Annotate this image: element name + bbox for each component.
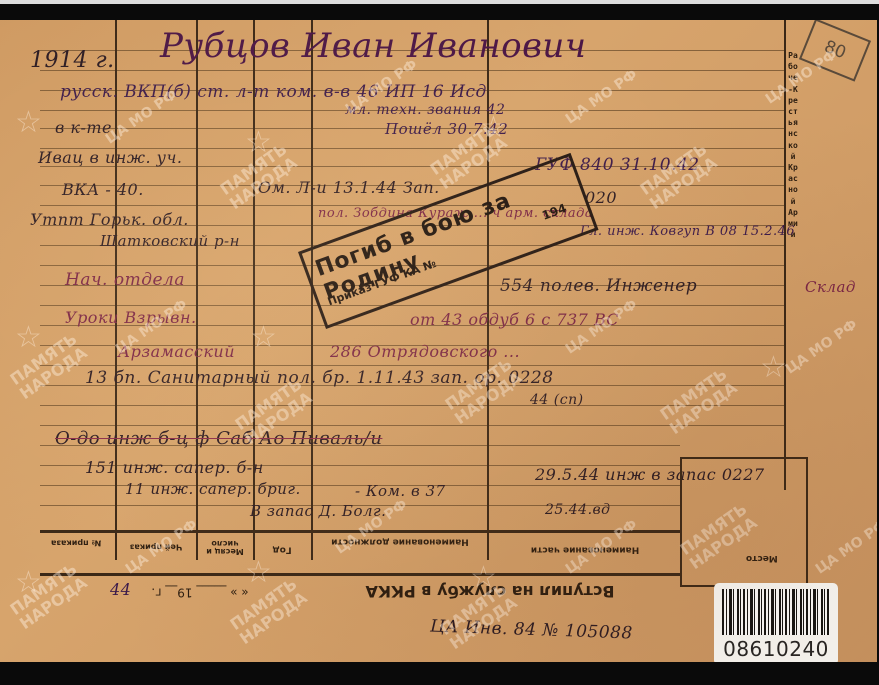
watermark: ЦА МО РФ [813,517,877,577]
ruled-line [40,365,785,366]
record-line: ВКА - 40. [62,180,144,199]
record-line: Арзамасский [118,342,235,361]
corner-stamp: 80 [799,20,871,82]
header-year: Год [256,544,308,553]
record-line: Утпт Горьк. обл. [30,210,189,229]
header-whose-order: Чей приказ [118,542,194,550]
ruled-line [40,425,785,426]
crossed-out-record: О-до инж б-ц ф Саб Ао Пиваль/и [55,428,382,449]
archive-reference: ЦА Инв. 84 № 105088 [430,616,633,643]
record-line: 286 Отрядовского ... [330,342,520,361]
record-line: Уроки Взрывн. [65,308,197,327]
record-line: 44 (сп) [530,392,584,408]
watermark: ПАМЯТЬНАРОДА [442,356,525,428]
header-unit: Наименование части [495,544,675,553]
watermark-star-icon: ☆ [15,565,42,600]
full-name: Рубцов Иван Иванович [160,26,586,66]
column-divider [487,20,489,560]
window-top-edge [0,0,879,4]
watermark: ЦА МО РФ [783,317,860,377]
margin-divider [784,20,786,490]
margin-print: Рабоче-Крестьянской Красной Армии [788,50,798,240]
watermark: ПАМЯТЬНАРОДА [7,331,90,403]
header-order-number: № приказа [42,538,110,546]
header-position: Наименование должности [330,536,470,545]
record-line: Пошёл 30.7.42 [385,120,508,138]
barcode-bars [722,589,830,635]
record-line: Шатковский р-н [100,232,240,250]
record-line: 151 инж. сапер. б-н [85,458,264,477]
record-line: Склад [805,278,856,296]
place-box [680,457,808,587]
watermark-star-icon: ☆ [760,350,787,385]
record-line: Гл. инж. Ковгуп В 08 15.2.46 [580,224,795,239]
barcode-label: 08610240 [714,583,838,662]
barcode-number: 08610240 [722,637,830,661]
ruled-line [40,70,785,71]
watermark: ПАМЯТЬНАРОДА [7,561,90,633]
record-line: 25.44.вд [545,502,611,518]
record-line: русск. ВКП(б) ст. л-т ком. в-в 46 ИП 16 … [60,82,487,102]
record-line: В запас Д. Болг. [250,502,386,520]
header-bottom-rule [40,573,680,576]
ruled-line [40,305,785,306]
header-top-rule [40,530,680,533]
record-line: 13 бп. Санитарный пол. бр. 1.11.43 зап. … [85,368,554,388]
service-year: 44 [110,580,131,599]
record-line: 554 полев. Инженер [500,276,697,296]
watermark-star-icon: ☆ [15,320,42,355]
birth-year: 1914 г. [30,48,115,73]
header-month-day: Месяц и число [199,538,251,555]
record-line: Ом. Л-и 13.1.44 Зап. [258,178,440,197]
record-line: в к-те [55,118,112,137]
watermark: ПАМЯТЬНАРОДА [637,141,720,213]
watermark: ПАМЯТЬНАРОДА [217,141,300,213]
corner-stamp-number: 80 [821,37,849,64]
record-line: мл. техн. звания 42 [345,102,505,118]
record-line: от 43 обдуб 6 с 737 ВС [410,310,619,329]
watermark-star-icon: ☆ [15,105,42,140]
record-line: Ивац в инж. уч. [38,148,182,167]
place-label: Место [746,553,778,563]
record-line: 020 [585,188,617,207]
registration-card: Рабоче-Крестьянской Красной Армии 80 191… [0,20,877,662]
entered-service-title: Вступил на службу в РККА [300,582,680,599]
watermark-star-icon: ☆ [245,125,272,160]
record-line: 11 инж. сапер. бриг. [125,480,301,498]
ruled-line [40,405,785,406]
watermark: ЦА МО РФ [563,67,640,127]
record-line: - Ком. в 37 [355,482,446,500]
watermark: ПАМЯТЬНАРОДА [657,366,740,438]
record-line: Нач. отдела [65,270,185,290]
